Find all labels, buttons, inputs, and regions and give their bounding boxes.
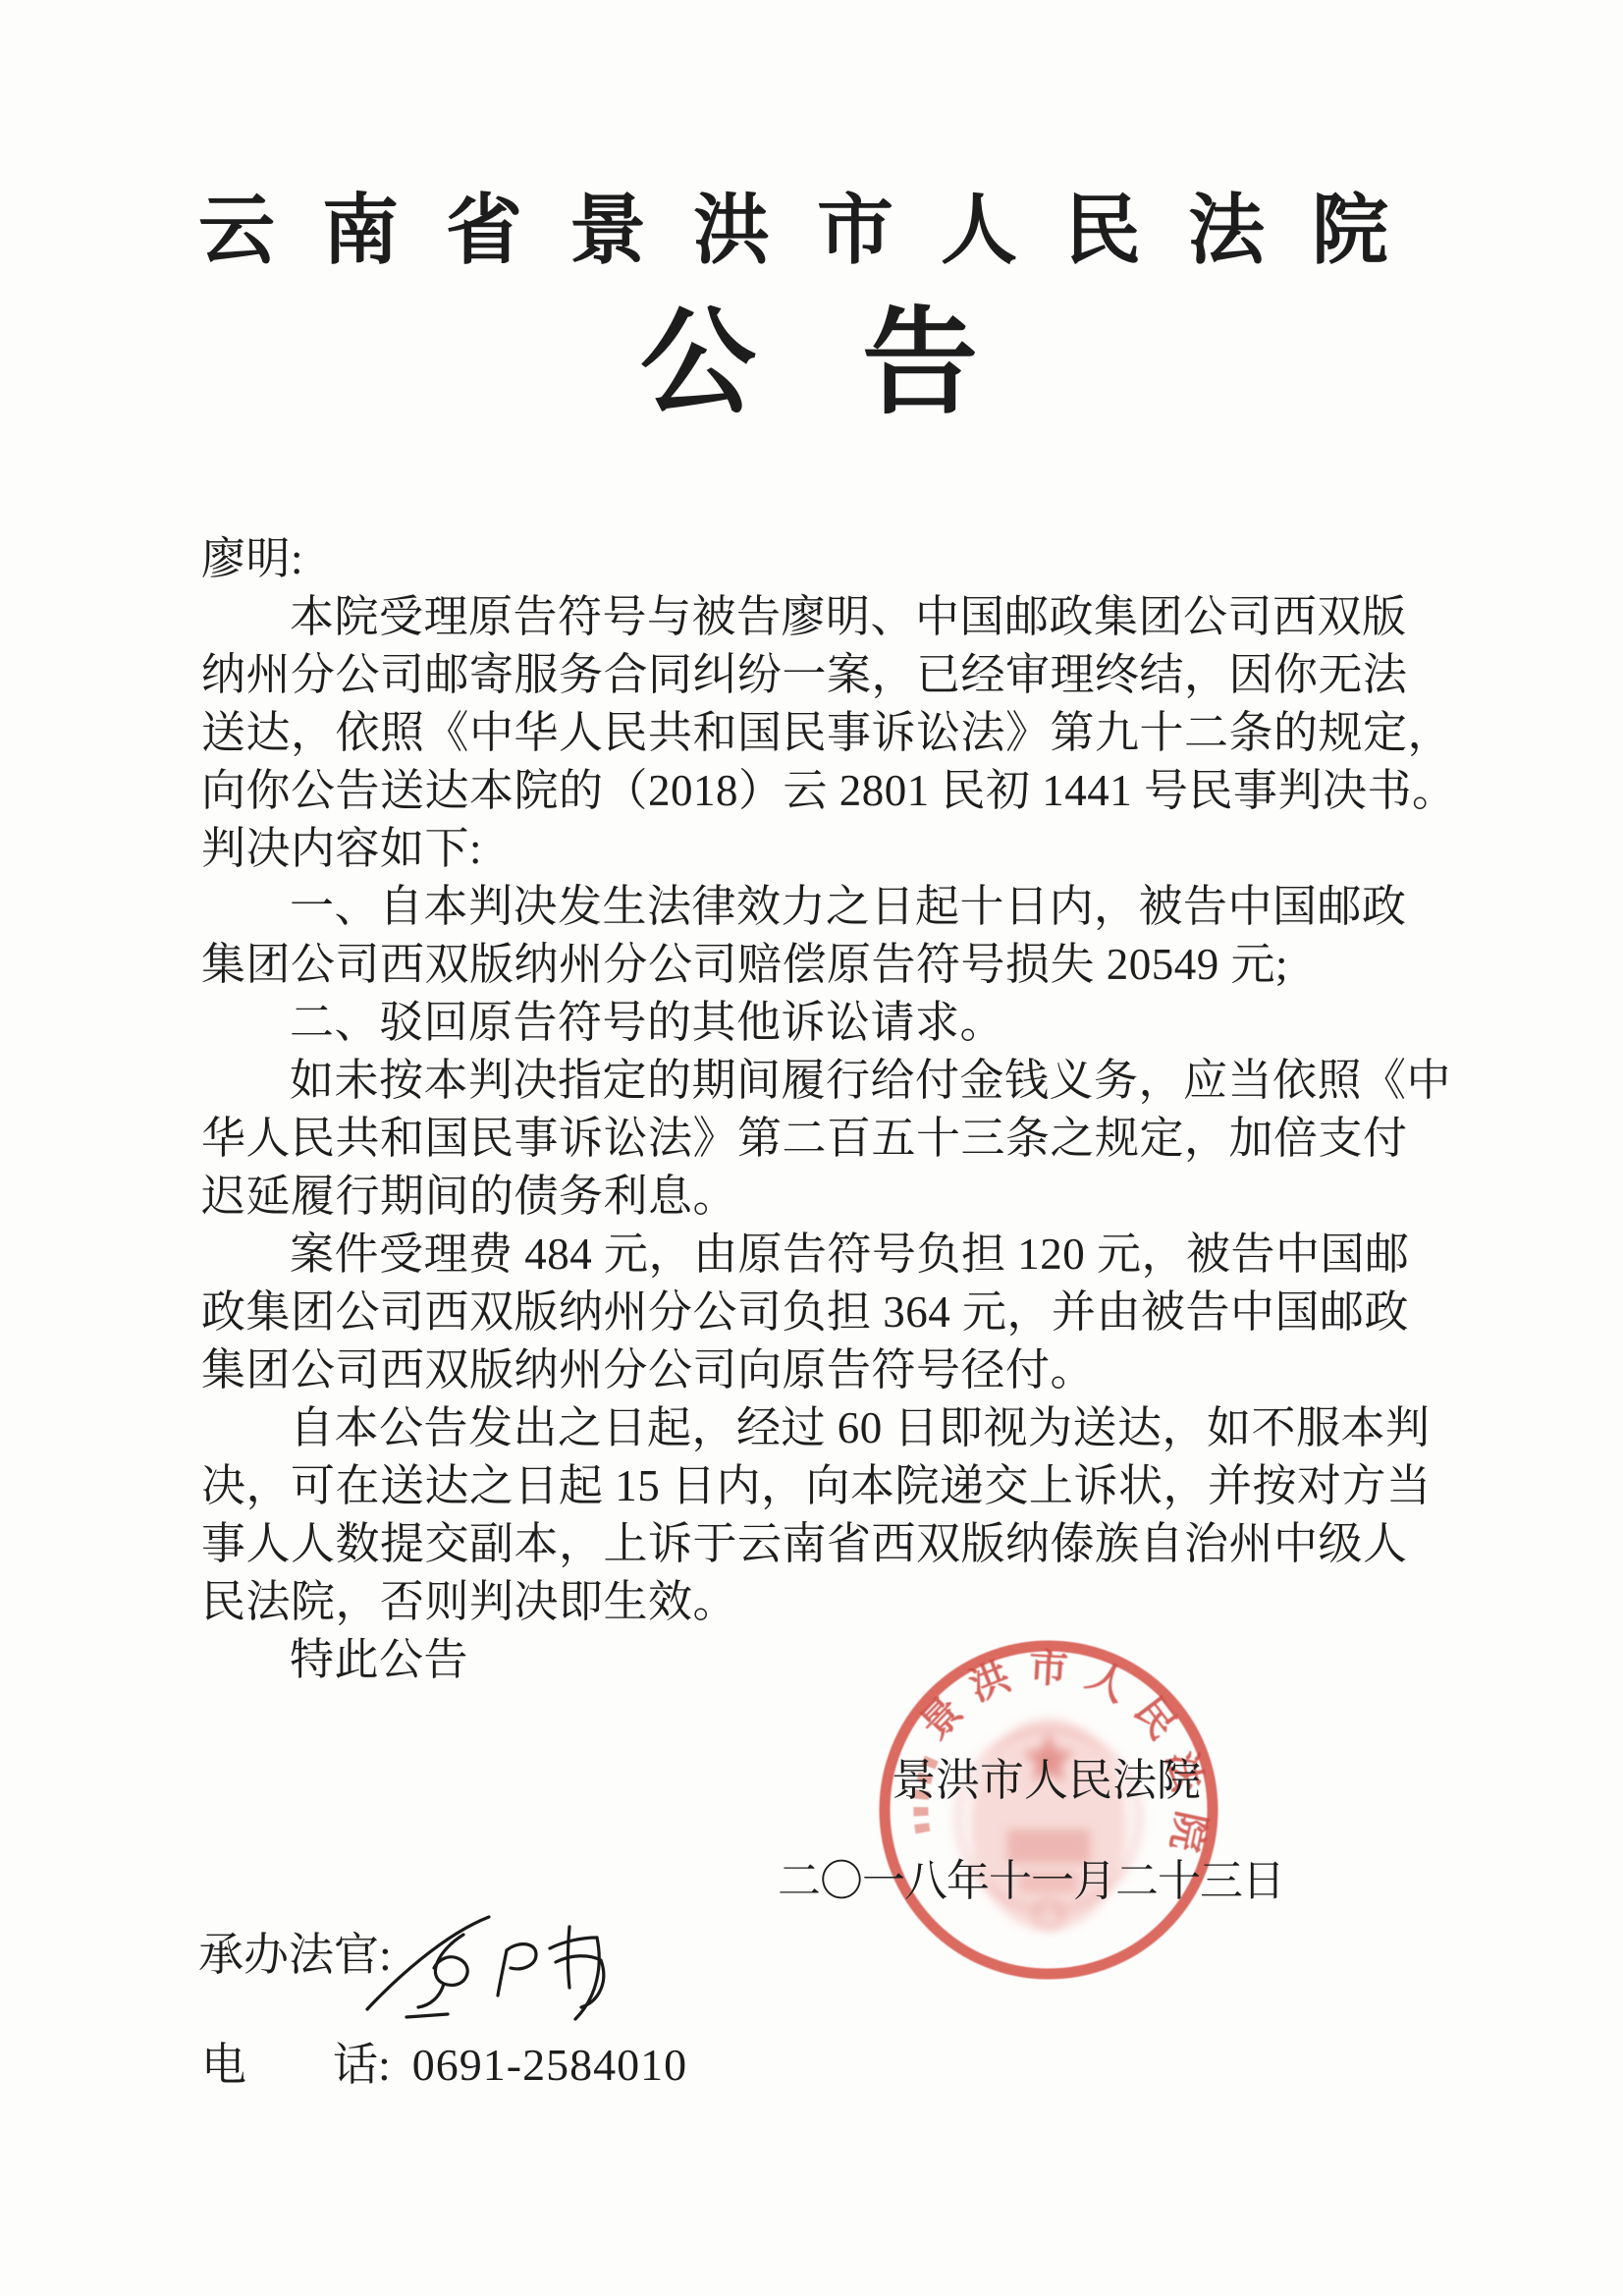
announcement-title: 公告 [640,301,1084,428]
phone-label-right: 话: [333,2041,391,2091]
phone-label-left: 电 [201,2041,246,2091]
body-line: 二、驳回原告符号的其他诉讼请求。 [201,994,1507,1052]
body-line: 向你公告送达本院的（2018）云 2801 民初 1441 号民事判决书。 [201,762,1507,820]
body-line: 本院受理原告符号与被告廖明、中国邮政集团公司西双版 [201,588,1507,646]
phone-number: 0691-2584010 [412,2041,687,2091]
body-line: 集团公司西双版纳州分公司赔偿原告符号损失 20549 元; [201,936,1507,994]
body-line: 案件受理费 484 元，由原告符号负担 120 元，被告中国邮 [201,1226,1507,1284]
announcement-body: 廖明:本院受理原告符号与被告廖明、中国邮政集团公司西双版纳州分公司邮寄服务合同纠… [201,530,1507,1689]
court-name-heading: 云南省景洪市人民法院 [198,192,1435,269]
body-line: 决，可在送达之日起 15 日内，向本院递交上诉状，并按对方当 [201,1457,1507,1515]
body-line: 一、自本判决发生法律效力之日起十日内，被告中国邮政 [201,878,1507,936]
body-line: 廖明: [201,530,1507,588]
body-line: 纳州分公司邮寄服务合同纠纷一案，已经审理终结，因你无法 [201,646,1507,704]
body-line: 送达，依照《中华人民共和国民事诉讼法》第九十二条的规定， [201,704,1507,762]
body-line: 如未按本判决指定的期间履行给付金钱义务，应当依照《中 [201,1052,1507,1110]
body-line: 事人人数提交副本，上诉于云南省西双版纳傣族自治州中级人 [201,1515,1507,1573]
phone-line: 电 话: 0691-2584010 [201,2041,687,2091]
body-line: 特此公告 [201,1631,1507,1689]
judge-signature [361,1909,636,2037]
court-announcement-page: 云南省景洪市人民法院 公告 廖明:本院受理原告符号与被告廖明、中国邮政集团公司西… [0,0,1623,2296]
signoff-court-name: 景洪市人民法院 [892,1754,1201,1807]
body-line: 民法院，否则判决即生效。 [201,1573,1507,1631]
body-line: 集团公司西双版纳州分公司向原告符号径付。 [201,1341,1507,1399]
body-line: 迟延履行期间的债务利息。 [201,1168,1507,1226]
body-line: 华人民共和国民事诉讼法》第二百五十三条之规定，加倍支付 [201,1110,1507,1168]
body-line: 自本公告发出之日起，经过 60 日即视为送达，如不服本判 [201,1399,1507,1457]
signoff-date: 二〇一八年十一月二十三日 [778,1856,1284,1908]
body-line: 政集团公司西双版纳州分公司负担 364 元，并由被告中国邮政 [201,1284,1507,1341]
body-line: 判决内容如下: [201,820,1507,878]
